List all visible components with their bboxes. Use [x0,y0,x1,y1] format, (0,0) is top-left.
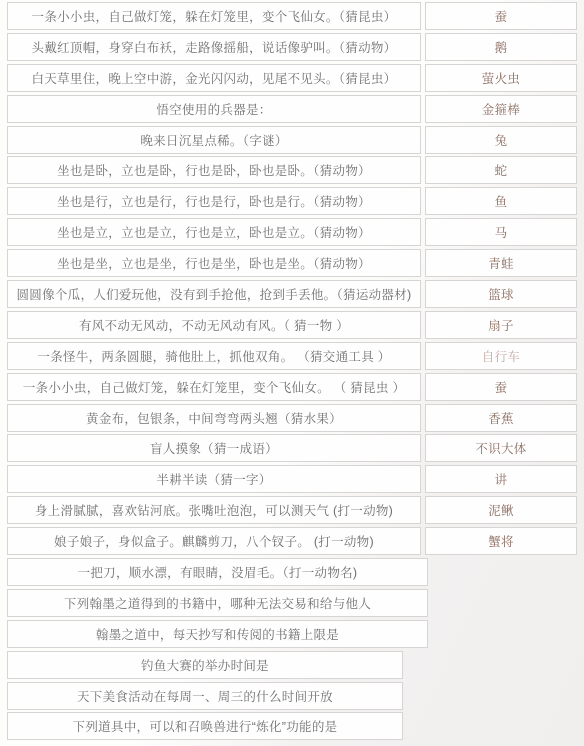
riddle-row: 坐也是坐，立也是坐，行也是坐，卧也是坐。（猜动物）青蛙 [7,249,577,277]
answer-cell: 泥鳅 [425,496,577,524]
answer-cell: 鹅 [425,33,577,61]
riddle-row: 悟空使用的兵器是：金箍棒 [7,95,577,123]
answer-cell: 马 [425,218,577,246]
riddle-row: 圆圆像个瓜，人们爱玩他，没有到手抢他，抢到手丢他。（猜运动器材)篮球 [7,280,577,308]
question-cell: 一条怪牛，两条圆腿，骑他肚上，抓他双角。 （猜交通工具 ） [7,342,421,370]
riddle-row: 下列翰墨之道得到的书籍中，哪种无法交易和给与他人 [7,589,577,617]
question-cell: 身上滑腻腻，喜欢钻河底。张嘴吐泡泡，可以测天气 (打一动物) [7,496,421,524]
question-cell: 有风不动无风动，不动无风动有风。（ 猜一物 ） [7,311,421,339]
answer-cell: 兔 [425,126,577,154]
answer-cell: 蛇 [425,156,577,184]
answer-cell: 讲 [425,465,577,493]
riddle-row: 晚来日沉星点稀。（字谜）兔 [7,126,577,154]
riddle-row: 坐也是行，立也是行，行也是行，卧也是行。（猜动物）鱼 [7,187,577,215]
answer-cell: 蚕 [425,373,577,401]
answer-cell: 萤火虫 [425,64,577,92]
question-cell: 钓鱼大赛的举办时间是 [7,651,403,679]
riddle-row: 娘子娘子，身似盒子。麒麟剪刀，八个钗子。 (打一动物)蟹将 [7,527,577,555]
answer-cell: 自行车 [425,342,577,370]
question-cell: 一条小小虫，自己做灯笼，躲在灯笼里，变个飞仙女。 （ 猜昆虫 ） [7,373,421,401]
question-cell: 翰墨之道中，每天抄写和传阅的书籍上限是 [7,620,428,648]
question-cell: 娘子娘子，身似盒子。麒麟剪刀，八个钗子。 (打一动物) [7,527,421,555]
answer-cell: 金箍棒 [425,95,577,123]
riddle-row: 盲人摸象（猜一成语）不识大体 [7,434,577,462]
riddle-row: 翰墨之道中，每天抄写和传阅的书籍上限是 [7,620,577,648]
question-cell: 天下美食活动在每周一、周三的什么时间开放 [7,682,403,710]
question-cell: 一条小小虫，自己做灯笼，躲在灯笼里，变个飞仙女。（猜昆虫） [7,2,421,30]
question-cell: 悟空使用的兵器是： [7,95,421,123]
riddle-row: 有风不动无风动，不动无风动有风。（ 猜一物 ）扇子 [7,311,577,339]
question-cell: 坐也是行，立也是行，行也是行，卧也是行。（猜动物） [7,187,421,215]
riddle-row: 一条小小虫，自己做灯笼，躲在灯笼里，变个飞仙女。 （ 猜昆虫 ）蚕 [7,373,577,401]
riddle-row: 一条怪牛，两条圆腿，骑他肚上，抓他双角。 （猜交通工具 ）自行车 [7,342,577,370]
riddle-row: 身上滑腻腻，喜欢钻河底。张嘴吐泡泡，可以测天气 (打一动物)泥鳅 [7,496,577,524]
question-cell: 下列道具中，可以和召唤兽进行“炼化”功能的是 [7,712,403,740]
question-cell: 坐也是坐，立也是坐，行也是坐，卧也是坐。（猜动物） [7,249,421,277]
answer-cell: 蚕 [425,2,577,30]
question-cell: 一把刀，顺水漂，有眼睛，没眉毛。（打一动物名) [7,558,428,586]
question-cell: 圆圆像个瓜，人们爱玩他，没有到手抢他，抢到手丢他。（猜运动器材) [7,280,421,308]
riddle-row: 白天草里住，晚上空中游，金光闪闪动，见尾不见头。（猜昆虫）萤火虫 [7,64,577,92]
answer-cell: 香蕉 [425,404,577,432]
question-cell: 白天草里住，晚上空中游，金光闪闪动，见尾不见头。（猜昆虫） [7,64,421,92]
question-cell: 半耕半读（猜一字） [7,465,421,493]
riddle-row: 坐也是卧，立也是卧，行也是卧，卧也是卧。（猜动物）蛇 [7,156,577,184]
question-cell: 下列翰墨之道得到的书籍中，哪种无法交易和给与他人 [7,589,428,617]
riddle-row: 黄金布，包银条，中间弯弯两头翘（猜水果）香蕉 [7,404,577,432]
answer-cell: 青蛙 [425,249,577,277]
riddle-answer-table: 一条小小虫，自己做灯笼，躲在灯笼里，变个飞仙女。（猜昆虫）蚕头戴红顶帽，身穿白布… [0,0,584,746]
riddle-row: 钓鱼大赛的举办时间是 [7,651,577,679]
riddle-row: 半耕半读（猜一字）讲 [7,465,577,493]
riddle-row: 头戴红顶帽，身穿白布袄，走路像摇船，说话像驴叫。（猜动物）鹅 [7,33,577,61]
question-cell: 坐也是卧，立也是卧，行也是卧，卧也是卧。（猜动物） [7,156,421,184]
answer-cell: 篮球 [425,280,577,308]
question-cell: 坐也是立，立也是立，行也是立，卧也是立。（猜动物） [7,218,421,246]
riddle-row: 天下美食活动在每周一、周三的什么时间开放 [7,682,577,710]
question-cell: 头戴红顶帽，身穿白布袄，走路像摇船，说话像驴叫。（猜动物） [7,33,421,61]
question-cell: 盲人摸象（猜一成语） [7,434,421,462]
riddle-row: 一把刀，顺水漂，有眼睛，没眉毛。（打一动物名) [7,558,577,586]
rows-container: 一条小小虫，自己做灯笼，躲在灯笼里，变个飞仙女。（猜昆虫）蚕头戴红顶帽，身穿白布… [7,2,577,740]
question-cell: 黄金布，包银条，中间弯弯两头翘（猜水果） [7,404,421,432]
question-cell: 晚来日沉星点稀。（字谜） [7,126,421,154]
riddle-row: 下列道具中，可以和召唤兽进行“炼化”功能的是 [7,712,577,740]
riddle-row: 坐也是立，立也是立，行也是立，卧也是立。（猜动物）马 [7,218,577,246]
riddle-row: 一条小小虫，自己做灯笼，躲在灯笼里，变个飞仙女。（猜昆虫）蚕 [7,2,577,30]
answer-cell: 鱼 [425,187,577,215]
answer-cell: 蟹将 [425,527,577,555]
answer-cell: 扇子 [425,311,577,339]
answer-cell: 不识大体 [425,434,577,462]
